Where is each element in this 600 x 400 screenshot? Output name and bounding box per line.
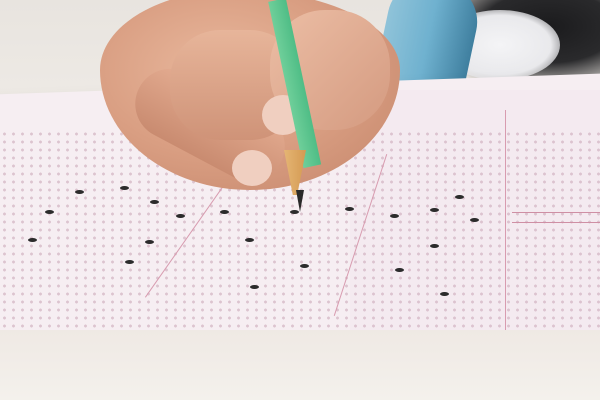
filled-bubble: [245, 238, 254, 242]
filled-bubble: [300, 264, 309, 268]
table-surface: [0, 330, 600, 400]
filled-bubble: [470, 218, 479, 222]
filled-bubble: [440, 292, 449, 296]
fingernail: [232, 150, 272, 186]
filled-bubble: [176, 214, 185, 218]
photo-scene: [0, 0, 600, 400]
filled-bubble: [120, 186, 129, 190]
sheet-grid-line: [512, 212, 600, 213]
filled-bubble: [345, 207, 354, 211]
filled-bubble: [150, 200, 159, 204]
sheet-grid-line: [512, 222, 600, 223]
filled-bubble: [75, 190, 84, 194]
filled-bubble: [250, 285, 259, 289]
sheet-column-divider: [505, 110, 506, 330]
filled-bubble: [45, 210, 54, 214]
filled-bubble: [220, 210, 229, 214]
filled-bubble: [28, 238, 37, 242]
filled-bubble: [395, 268, 404, 272]
filled-bubble: [430, 244, 439, 248]
filled-bubble: [455, 195, 464, 199]
filled-bubble: [390, 214, 399, 218]
filled-bubble: [430, 208, 439, 212]
filled-bubble: [145, 240, 154, 244]
filled-bubble: [290, 210, 299, 214]
filled-bubble: [125, 260, 134, 264]
